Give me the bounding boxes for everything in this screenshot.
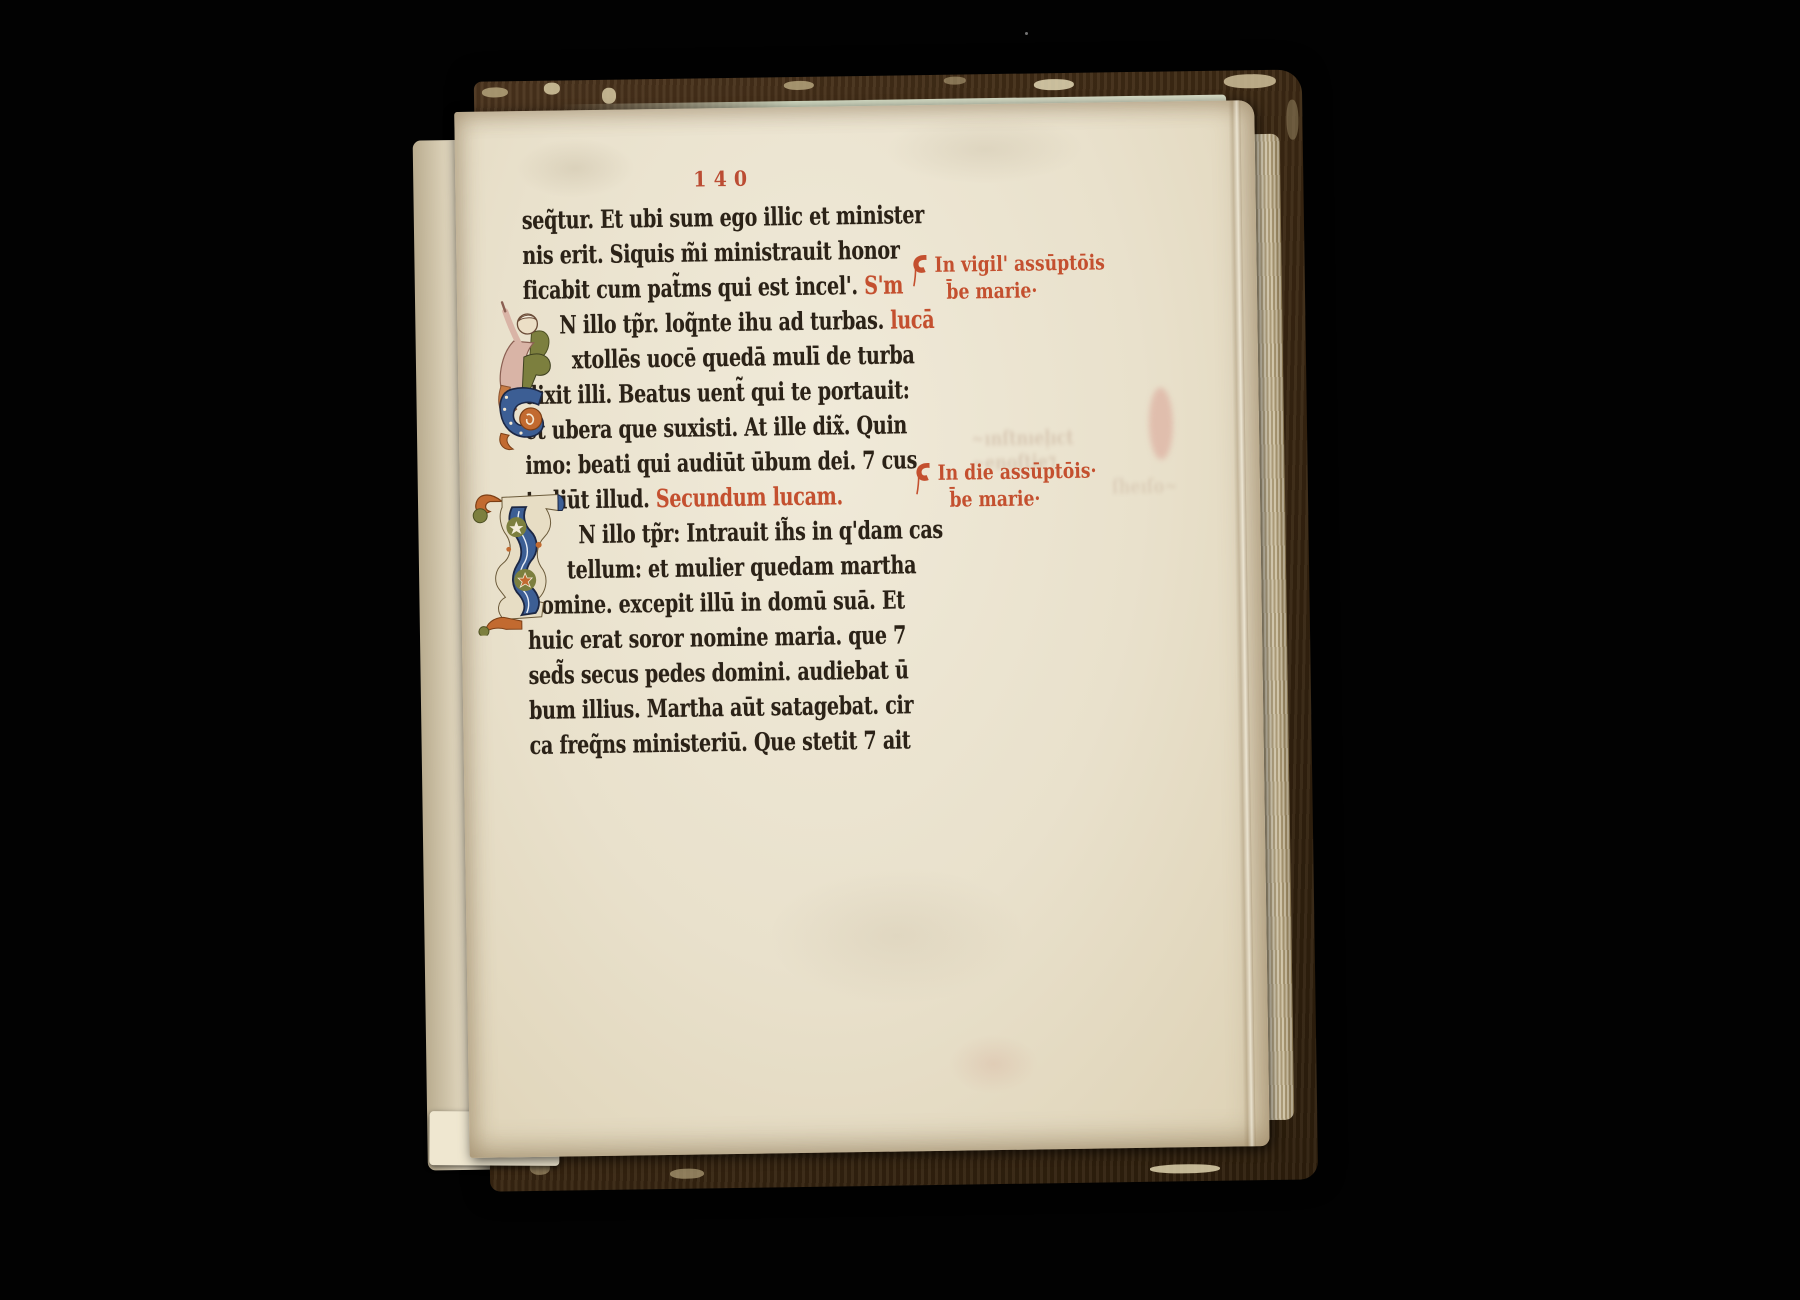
text-segment: huic erat soror nomine maria. que 7 [528, 620, 906, 655]
marginal-rubric-vigil: In vigil' assūptōis b̄e marie· [911, 248, 1142, 305]
stain [515, 137, 636, 199]
text-segment: ca freq̃ns ministeriū. Que stetit 7 ait [529, 725, 910, 760]
dust-speck [1025, 32, 1028, 35]
text-line: nis erit. Siquis m̃i ministrauit honor [522, 233, 849, 273]
text-line: et ubera que suxisti. At ille dix̃. Quin [525, 408, 852, 448]
marginal-rubric-feast: In die assūptōis· b̄e marie· [914, 456, 1132, 513]
text-line: N illo tp̃r: Intrauit ih̃s in q'dam cas [578, 513, 866, 552]
stain [765, 864, 1027, 1008]
worn-patch [602, 88, 616, 104]
text-line: xtollēs uocē quedā mulī de turba [572, 338, 863, 377]
text-line: ca freq̃ns ministeriū. Que stetit 7 ait [529, 723, 856, 763]
text-line: bum illius. Martha aūt satagebat. cir [529, 688, 856, 728]
text-line: todiūt illud. Secundum lucam. [526, 478, 853, 518]
page-curvature-highlight [1228, 100, 1256, 1146]
stain [884, 113, 1085, 186]
photograph-backdrop: ~ınſtnıeḷıct~enoſtie⁊ ſheıſo~ 140 seq̃tu… [0, 0, 1800, 1300]
text-segment: N illo tp̃r: Intrauit ih̃s in q'dam cas [578, 515, 943, 549]
rubric-text-segment: S'm [858, 270, 904, 300]
text-line: N illo tp̃r. loq̃nte ihu ad turbas. lucā [559, 303, 859, 342]
text-segment: tellum: et mulier quedam martha [567, 550, 917, 584]
text-line: huic erat soror nomine maria. que 7 [528, 618, 855, 658]
text-line: seq̃tur. Et ubi sum ego illic et ministe… [522, 198, 849, 238]
text-segment: dixit illi. Beatus uent̃ qui te portauit… [524, 375, 910, 410]
text-line: dixit illi. Beatus uent̃ qui te portauit… [524, 373, 851, 413]
worn-patch [544, 82, 560, 94]
parchment-page: ~ınſtnıeḷıct~enoſtie⁊ ſheıſo~ 140 seq̃tu… [454, 100, 1269, 1158]
text-line: sed̃s secus pedes domini. audiebat ū [528, 653, 855, 693]
worn-patch [944, 76, 966, 84]
text-segment: et ubera que suxisti. At ille dix̃. Quin [525, 410, 908, 445]
text-segment: nomine. excepit illū in domū suā. Et [527, 585, 905, 620]
text-line: ficabit cum pat̃ms qui est incel'. S'm [523, 268, 850, 308]
rubric-line: b̄e marie· [946, 275, 1105, 304]
rubric-text-segment: lucā [884, 305, 935, 335]
text-line: imo: beati qui audiūt ūbum dei. 7 cus [525, 443, 852, 483]
rubric-text-segment: Secundum lucam. [656, 481, 843, 513]
worn-patch [482, 87, 508, 97]
stain [948, 1033, 1039, 1094]
text-segment: xtollēs uocē quedā mulī de turba [572, 340, 915, 374]
folio-number: 140 [693, 166, 754, 192]
text-line: nomine. excepit illū in domū suā. Et [527, 583, 854, 623]
text-segment: ficabit cum pat̃ms qui est incel'. [523, 271, 858, 305]
text-segment: nis erit. Siquis m̃i ministrauit honor [522, 235, 900, 270]
rubric-line: b̄e marie· [949, 484, 1097, 513]
text-segment: N illo tp̃r. loq̃nte ihu ad turbas. [559, 306, 884, 340]
manuscript-book: ~ınſtnıeḷıct~enoſtie⁊ ſheıſo~ 140 seq̃tu… [410, 69, 1320, 1196]
worn-patch [670, 1168, 704, 1179]
text-segment: sed̃s secus pedes domini. audiebat ū [528, 655, 908, 690]
paraph-mark-icon [911, 253, 929, 287]
main-text-block: seq̃tur. Et ubi sum ego illic et ministe… [522, 197, 960, 763]
text-segment: bum illius. Martha aūt satagebat. cir [529, 690, 914, 725]
text-segment: imo: beati qui audiūt ūbum dei. 7 cus [525, 445, 917, 480]
worn-patch [1286, 100, 1299, 140]
illuminated-initial-I [472, 484, 572, 635]
historiated-initial-E [485, 296, 567, 455]
worn-patch [784, 81, 814, 90]
paraph-mark-icon [914, 461, 932, 495]
text-line: tellum: et mulier quedam martha [567, 548, 864, 587]
rubric-line: In vigil' assūptōis [934, 248, 1105, 278]
rubric-line: In die assūptōis· [937, 457, 1096, 486]
offset-pigment-smudge [1148, 387, 1173, 459]
text-segment: seq̃tur. Et ubi sum ego illic et ministe… [522, 200, 925, 235]
